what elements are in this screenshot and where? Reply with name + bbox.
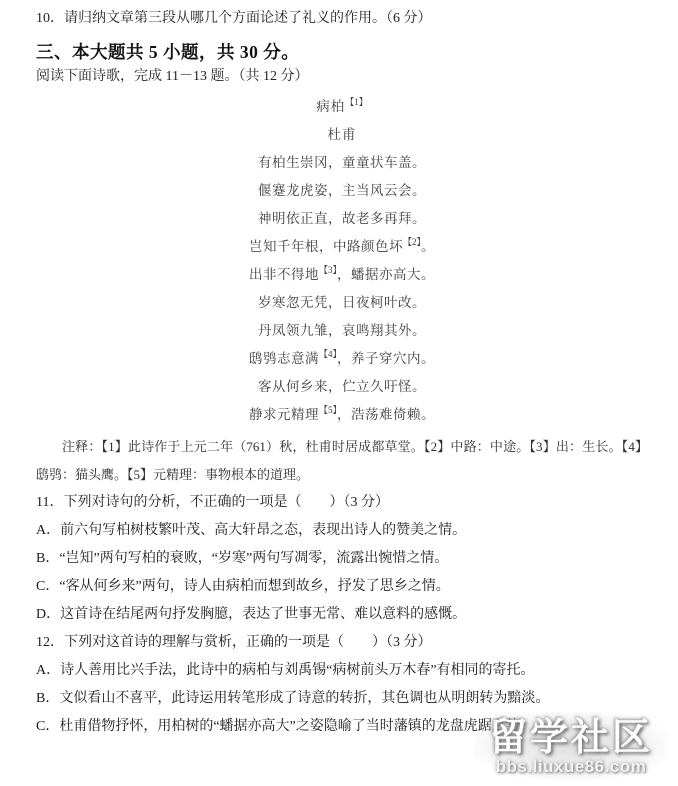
- question-11-option-c: C．“客从何乡来”两句，诗人由病柏而想到故乡，抒发了思乡之情。: [36, 573, 648, 601]
- poem-block: 病柏【1】 杜甫 有柏生崇冈，童童状车盖。 偃蹇龙虎姿，主当风云会。 神明依正直…: [36, 93, 648, 429]
- question-10: 10．请归纳文章第三段从哪几个方面论述了礼义的作用。（6 分）: [36, 8, 648, 30]
- exam-content: 10．请归纳文章第三段从哪几个方面论述了礼义的作用。（6 分） 三、本大题共 5…: [0, 0, 678, 741]
- question-11-option-d: D．这首诗在结尾两句抒发胸臆，表达了世事无常、难以意料的感慨。: [36, 601, 648, 629]
- poem-note-marker: 【3】: [319, 265, 337, 275]
- question-11-option-a: A．前六句写柏树枝繁叶茂、高大轩昂之态，表现出诗人的赞美之情。: [36, 517, 648, 545]
- poem-line: 神明依正直，故老多再拜。: [36, 205, 648, 233]
- poem-title-text: 病柏: [316, 99, 345, 114]
- question-12-option-a: A．诗人善用比兴手法，此诗中的病柏与刘禹锡“病树前头万木春”有相同的寄托。: [36, 657, 648, 685]
- watermark-logo-text: 留学社区: [476, 718, 666, 758]
- poem-note-marker: 【2】: [403, 237, 421, 247]
- watermark-url: bbs.liuxue86.com: [476, 758, 666, 776]
- section-heading: 三、本大题共 5 小题，共 30 分。: [36, 39, 648, 65]
- poem-line: 出非不得地【3】，蟠据亦高大。: [36, 261, 648, 289]
- question-12-stem: 12．下列对这首诗的理解与赏析，正确的一项是（ ）（3 分）: [36, 629, 648, 657]
- poem-title: 病柏【1】: [36, 93, 648, 121]
- poem-line: 丹凤领九雏，哀鸣翔其外。: [36, 317, 648, 345]
- poem-author: 杜甫: [36, 121, 648, 149]
- poem-footnotes: 注释：【1】此诗作于上元二年（761）秋，杜甫时居成都草堂。【2】中路：中途。【…: [36, 433, 648, 489]
- poem-line: 岂知千年根，中路颜色坏【2】。: [36, 233, 648, 261]
- poem-line: 有柏生崇冈，童童状车盖。: [36, 149, 648, 177]
- poem-line: 静求元精理【5】，浩荡难倚赖。: [36, 401, 648, 429]
- poem-note-marker: 【5】: [319, 405, 337, 415]
- watermark: 留学社区 bbs.liuxue86.com: [474, 712, 668, 780]
- question-12-option-b: B．文似看山不喜平，此诗运用转笔形成了诗意的转折，其色调也从明朗转为黯淡。: [36, 685, 648, 713]
- reading-instruction: 阅读下面诗歌，完成 11－13 题。（共 12 分）: [36, 66, 648, 88]
- poem-line: 客从何乡来，伫立久吁怪。: [36, 373, 648, 401]
- question-11-option-b: B．“岂知”两句写柏的衰败，“岁寒”两句写凋零，流露出惋惜之情。: [36, 545, 648, 573]
- poem-line: 偃蹇龙虎姿，主当风云会。: [36, 177, 648, 205]
- poem-line: 鸱鸮志意满【4】，养子穿穴内。: [36, 345, 648, 373]
- poem-title-note-marker: 【1】: [345, 97, 368, 107]
- question-11-stem: 11．下列对诗句的分析，不正确的一项是（ ）（3 分）: [36, 489, 648, 517]
- poem-line: 岁寒忽无凭，日夜柯叶改。: [36, 289, 648, 317]
- poem-note-marker: 【4】: [319, 349, 337, 359]
- exam-page: 10．请归纳文章第三段从哪几个方面论述了礼义的作用。（6 分） 三、本大题共 5…: [0, 0, 678, 786]
